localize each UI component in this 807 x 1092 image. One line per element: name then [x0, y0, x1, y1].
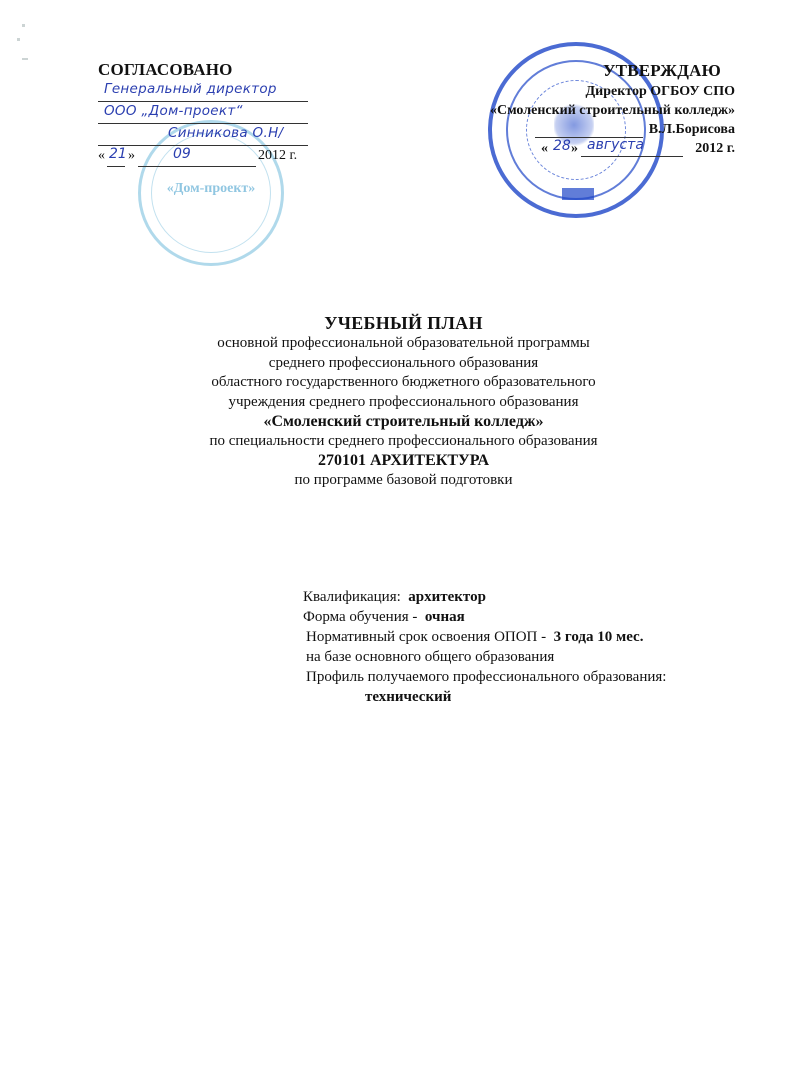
- signature-line: Генеральный директор: [98, 81, 308, 102]
- specialty-code: 270101 АРХИТЕКТУРА: [0, 451, 807, 471]
- program-level: по программе базовой подготовки: [0, 471, 807, 491]
- approval-approved-block: УТВЕРЖДАЮ Директор ОГБОУ СПО «Смоленский…: [435, 60, 735, 158]
- basis-row: на базе основного общего образования: [303, 647, 666, 667]
- document-title-block: УЧЕБНЫЙ ПЛАН основной профессиональной о…: [0, 312, 807, 490]
- scan-mark: [22, 58, 28, 60]
- signature-line: ООО „Дом-проект“: [98, 103, 308, 124]
- college-title: «Смоленский строительный колледж»: [0, 412, 807, 432]
- study-form-row: Форма обучения - очная: [303, 607, 666, 627]
- handwritten-company: ООО „Дом-проект“: [104, 103, 243, 119]
- title-line: основной профессиональной образовательно…: [0, 334, 807, 354]
- handwritten-signatory: Синникова О.Н/: [168, 125, 283, 141]
- date-day: 28: [553, 137, 571, 156]
- title-line: среднего профессионального образования: [0, 354, 807, 374]
- approved-heading: УТВЕРЖДАЮ: [435, 60, 735, 82]
- handwritten-position: Генеральный директор: [104, 81, 277, 97]
- qualification-label: Квалификация:: [303, 589, 401, 605]
- duration-row: Нормативный срок освоения ОПОП - 3 года …: [303, 627, 666, 647]
- agreed-date: « 21 » 09 2012 г.: [98, 148, 308, 168]
- director-position: Директор ОГБОУ СПО: [435, 82, 735, 101]
- program-details: Квалификация: архитектор Форма обучения …: [303, 587, 666, 707]
- signatory-name: В.Л.Борисова: [649, 122, 735, 137]
- profile-row: Профиль получаемого профессионального об…: [303, 667, 666, 687]
- month-underline: [138, 166, 256, 167]
- qualification-row: Квалификация: архитектор: [303, 587, 666, 607]
- title-line: областного государственного бюджетного о…: [0, 373, 807, 393]
- scan-mark: [22, 24, 25, 27]
- approved-date: « 28 » августа 2012 г.: [435, 139, 735, 158]
- day-underline: [107, 166, 125, 167]
- agreed-heading: СОГЛАСОВАНО: [98, 60, 308, 80]
- scan-mark: [17, 38, 20, 41]
- signature-row: ​ В.Л.Борисова: [435, 120, 735, 139]
- date-month: 09: [173, 146, 191, 162]
- profile-value: технический: [303, 687, 666, 707]
- stamp-bar: [562, 188, 594, 200]
- date-month: августа: [587, 136, 644, 155]
- study-form-label: Форма обучения -: [303, 609, 417, 625]
- study-form-value: очная: [425, 609, 465, 625]
- education-basis: на базе основного общего образования: [306, 649, 554, 665]
- approval-agreed-block: СОГЛАСОВАНО Генеральный директор ООО „До…: [98, 60, 308, 168]
- duration-label: Нормативный срок освоения ОПОП -: [306, 629, 546, 645]
- date-day: 21: [109, 146, 127, 162]
- profile-label: Профиль получаемого профессионального об…: [306, 669, 666, 685]
- stamp-text: «Дом-проект»: [141, 181, 281, 197]
- college-name: «Смоленский строительный колледж»: [435, 101, 735, 120]
- date-open-quote: «: [541, 139, 548, 158]
- date-year: 2012 г.: [695, 141, 735, 156]
- date-close-quote: »: [571, 139, 578, 158]
- date-open-quote: «: [98, 148, 105, 164]
- date-year: 2012 г.: [258, 148, 297, 164]
- signature-line: Синникова О.Н/: [98, 125, 308, 146]
- qualification-value: архитектор: [408, 589, 486, 605]
- month-underline: [581, 156, 683, 157]
- title-line: учреждения среднего профессионального об…: [0, 393, 807, 413]
- date-close-quote: »: [128, 148, 135, 164]
- document-title: УЧЕБНЫЙ ПЛАН: [0, 312, 807, 334]
- specialty-line: по специальности среднего профессиональн…: [0, 432, 807, 452]
- duration-value: 3 года 10 мес.: [554, 629, 644, 645]
